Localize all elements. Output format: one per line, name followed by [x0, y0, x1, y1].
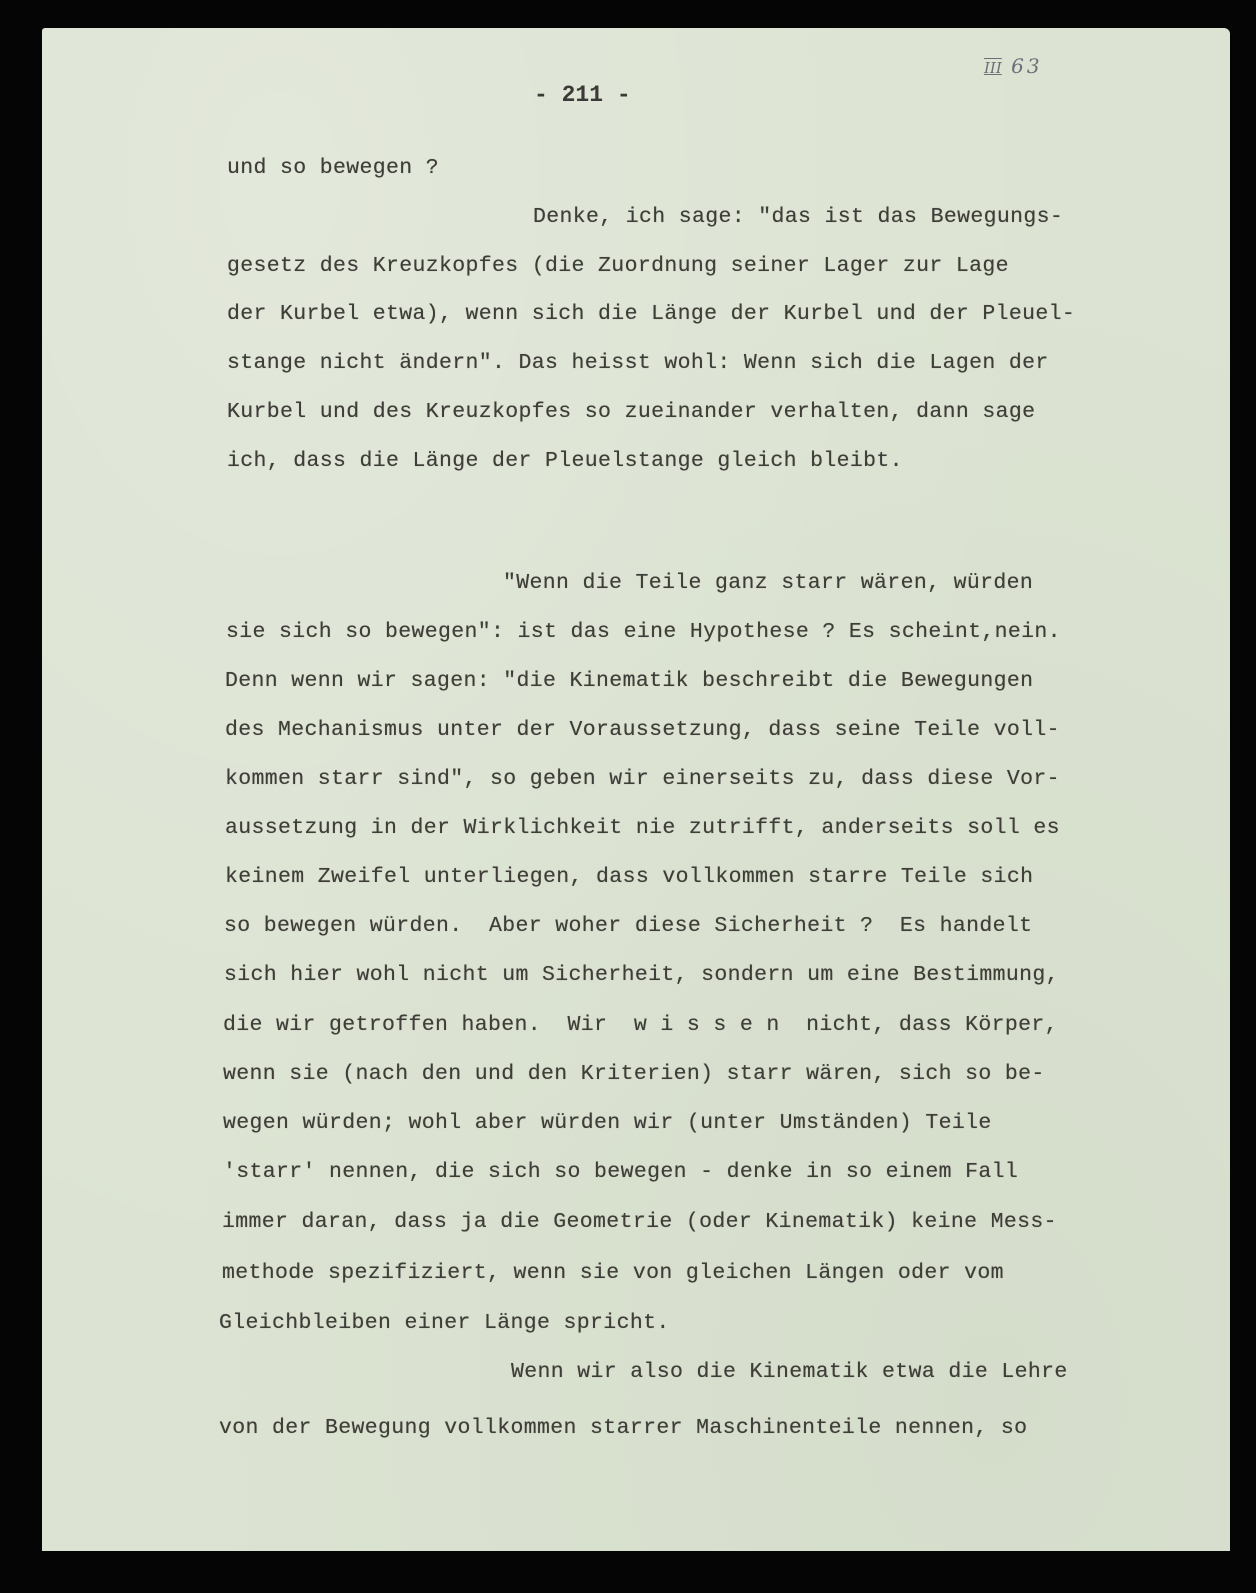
archive-pencil-mark: III 63 — [984, 54, 1043, 78]
text-line: immer daran, dass ja die Geometrie (oder… — [222, 1210, 1057, 1234]
text-line: Denn wenn wir sagen: "die Kinematik besc… — [225, 669, 1033, 693]
text-line: und so bewegen ? — [227, 156, 439, 180]
text-line: des Mechanismus unter der Voraussetzung,… — [225, 718, 1060, 742]
archive-mark-roman: III — [984, 59, 1002, 77]
text-line: sie sich so bewegen": ist das eine Hypot… — [226, 620, 1061, 644]
typescript-page: III 63 - 211 - und so bewegen ?Denke, ic… — [42, 28, 1230, 1551]
archive-mark-number: 63 — [1011, 54, 1042, 78]
text-line: keinem Zweifel unterliegen, dass vollkom… — [225, 865, 1033, 889]
text-line: Kurbel und des Kreuzkopfes so zueinander… — [227, 400, 1035, 424]
text-line: kommen starr sind", so geben wir einerse… — [225, 767, 1060, 791]
text-line: aussetzung in der Wirklichkeit nie zutri… — [225, 816, 1060, 840]
text-line: methode spezifiziert, wenn sie von gleic… — [222, 1261, 1004, 1285]
text-line: sich hier wohl nicht um Sicherheit, sond… — [224, 963, 1059, 987]
text-line: von der Bewegung vollkommen starrer Masc… — [219, 1416, 1027, 1440]
text-line: Gleichbleiben einer Länge spricht. — [219, 1311, 670, 1335]
text-line: Wenn wir also die Kinematik etwa die Leh… — [511, 1360, 1068, 1384]
text-line: so bewegen würden. Aber woher diese Sich… — [224, 914, 1032, 938]
text-line: die wir getroffen haben. Wir w i s s e n… — [223, 1013, 1058, 1037]
text-line: wegen würden; wohl aber würden wir (unte… — [223, 1111, 992, 1135]
text-line: gesetz des Kreuzkopfes (die Zuordnung se… — [227, 254, 1009, 278]
text-line: wenn sie (nach den und den Kriterien) st… — [223, 1062, 1045, 1086]
text-line: 'starr' nennen, die sich so bewegen - de… — [223, 1160, 1018, 1184]
text-line: Denke, ich sage: "das ist das Bewegungs- — [533, 205, 1063, 229]
text-line: ich, dass die Länge der Pleuelstange gle… — [227, 449, 903, 473]
text-line: stange nicht ändern". Das heisst wohl: W… — [227, 351, 1049, 375]
text-line: "Wenn die Teile ganz starr wären, würden — [503, 571, 1033, 595]
page-number: - 211 - — [534, 82, 631, 108]
text-line: der Kurbel etwa), wenn sich die Länge de… — [227, 302, 1075, 326]
